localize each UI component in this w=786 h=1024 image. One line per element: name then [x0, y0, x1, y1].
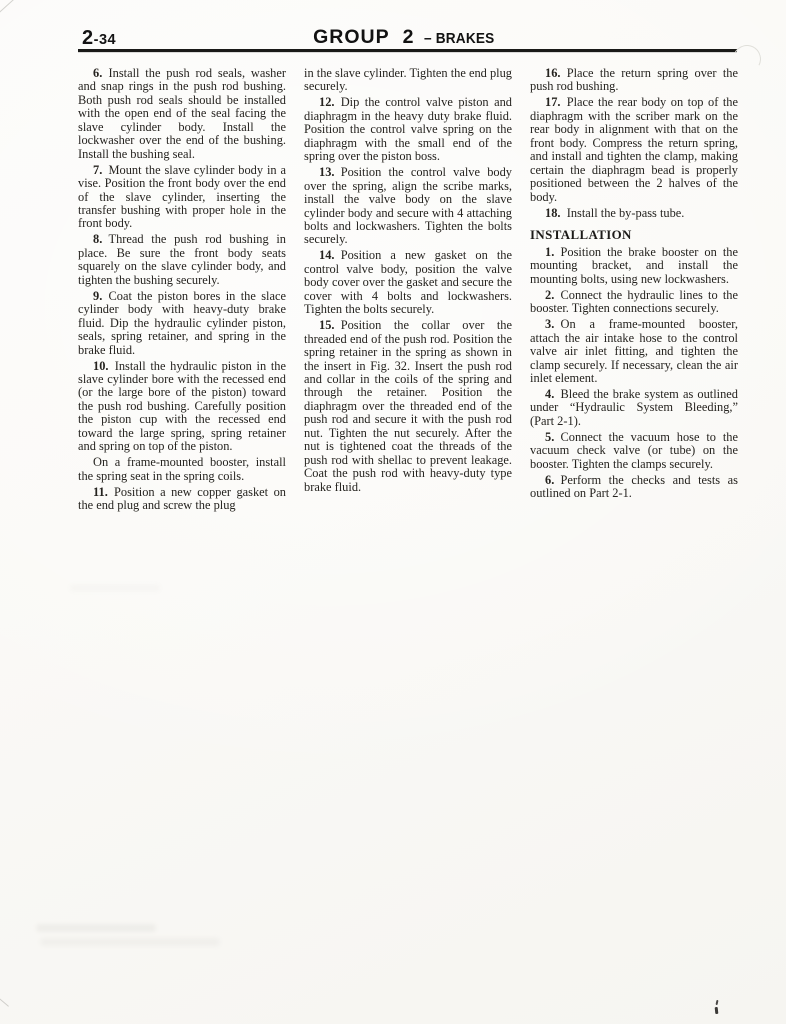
text-column-2: in the slave cylinder. Tighten the end p…: [304, 67, 512, 515]
page-title-main: GROUP 2: [313, 26, 414, 48]
paragraph: 6. Install the push rod seals, washer an…: [78, 67, 286, 161]
page-title: GROUP 2 – BRAKES: [0, 26, 786, 49]
paragraph: 7. Mount the slave cylinder body in a vi…: [78, 164, 286, 231]
manual-page: 2-34 GROUP 2 – BRAKES 6. Install the pus…: [0, 0, 786, 1024]
step-number: 18.: [545, 206, 567, 220]
scan-smudge: [40, 938, 220, 946]
step-number: 16.: [545, 66, 567, 80]
step-number: 15.: [319, 318, 341, 332]
header-rule: [78, 49, 737, 52]
paragraph: 17. Place the rear body on top of the di…: [530, 96, 738, 204]
scan-ink-speck: [716, 1000, 719, 1005]
paragraph: 12. Dip the control valve piston and dia…: [304, 96, 512, 163]
paragraph: 14. Position a new gasket on the control…: [304, 249, 512, 316]
paragraph: 5. Connect the vacuum hose to the vacuum…: [530, 431, 738, 471]
step-number: 13.: [319, 165, 341, 179]
scan-corner-crease: [0, 0, 15, 13]
step-number: 11.: [93, 485, 114, 499]
step-number: 2.: [545, 288, 561, 302]
page-title-sub: – BRAKES: [424, 31, 494, 47]
paragraph: 4. Bleed the brake system as outlined un…: [530, 388, 738, 428]
paragraph: 18. Install the by-pass tube.: [530, 207, 738, 220]
paragraph: 10. Install the hydraulic piston in the …: [78, 360, 286, 454]
step-number: 12.: [319, 95, 341, 109]
text-column-3: 16. Place the return spring over the pus…: [530, 67, 738, 515]
paragraph: 15. Position the collar over the threade…: [304, 319, 512, 494]
step-number: 10.: [93, 359, 115, 373]
step-number: 6.: [545, 473, 561, 487]
step-number: 3.: [545, 317, 561, 331]
step-number: 9.: [93, 289, 109, 303]
step-number: 5.: [545, 430, 561, 444]
paragraph: 8. Thread the push rod bushing in place.…: [78, 233, 286, 287]
paragraph: 9. Coat the piston bores in the slace cy…: [78, 290, 286, 357]
step-number: 1.: [545, 245, 561, 259]
paragraph: 3. On a frame-mounted booster, attach th…: [530, 318, 738, 385]
paragraph: 6. Perform the checks and tests as outli…: [530, 474, 738, 501]
scan-smudge: [36, 924, 156, 932]
step-number: 6.: [93, 66, 109, 80]
paragraph: On a frame-mounted booster, install the …: [78, 456, 286, 483]
paragraph: 13. Position the control valve body over…: [304, 166, 512, 247]
paragraph: 11. Position a new copper gasket on the …: [78, 486, 286, 513]
scan-smudge: [70, 585, 160, 591]
paragraph: 2. Connect the hydraulic lines to the bo…: [530, 289, 738, 316]
paragraph: 1. Position the brake booster on the mou…: [530, 246, 738, 286]
step-number: 17.: [545, 95, 567, 109]
scan-ink-speck: [715, 1007, 719, 1014]
step-number: 7.: [93, 163, 109, 177]
paragraph: 16. Place the return spring over the pus…: [530, 67, 738, 94]
paragraph-continuation: in the slave cylinder. Tighten the end p…: [304, 67, 512, 94]
step-number: 14.: [319, 248, 341, 262]
section-heading: INSTALLATION: [530, 228, 738, 242]
text-column-1: 6. Install the push rod seals, washer an…: [78, 67, 286, 515]
text-columns: 6. Install the push rod seals, washer an…: [78, 67, 738, 515]
step-number: 4.: [545, 387, 561, 401]
step-number: 8.: [93, 232, 109, 246]
scan-edge-mark: [0, 998, 9, 1006]
